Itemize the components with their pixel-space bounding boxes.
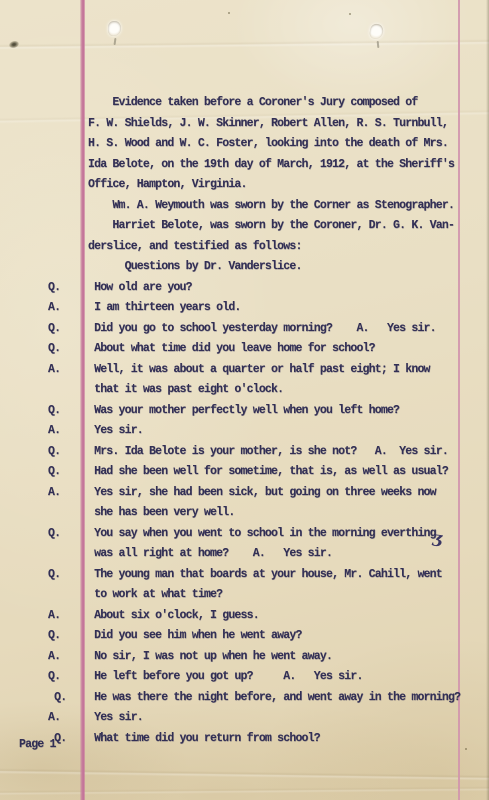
transcript-body: Evidence taken before a Coroner's Jury c… (0, 93, 489, 749)
line-text: Yes sir. (88, 710, 143, 725)
transcript-line: Q. The young man that boards at your hou… (0, 565, 489, 586)
line-text: The young man that boards at your house,… (88, 567, 442, 582)
qa-marker: Q. (48, 669, 60, 684)
line-text: derslice, and testified as follows: (88, 239, 302, 254)
line-text: You say when you went to school in the m… (88, 526, 436, 541)
transcript-line: H. S. Wood and W. C. Foster, looking int… (0, 134, 489, 155)
transcript-line: that it was past eight o'clock. (0, 380, 489, 401)
line-text: No sir, I was not up when he went away. (88, 649, 332, 664)
line-text: H. S. Wood and W. C. Foster, looking int… (88, 136, 448, 151)
line-text: Harriet Belote, was sworn by the Coroner… (88, 218, 454, 233)
qa-marker: A. (48, 423, 60, 438)
qa-marker: A. (48, 485, 60, 500)
transcript-line: Office, Hampton, Virginia. (0, 175, 489, 196)
qa-marker: A. (48, 362, 60, 377)
paper-speck (349, 13, 351, 15)
line-text: About six o'clock, I guess. (88, 608, 259, 623)
transcript-line: Q. Mrs. Ida Belote is your mother, is sh… (0, 442, 489, 463)
line-text: Did you see him when he went away? (88, 628, 302, 643)
line-text: that it was past eight o'clock. (88, 382, 283, 397)
transcript-line: derslice, and testified as follows: (0, 237, 489, 258)
transcript-line: A. I am thirteen years old. (0, 298, 489, 319)
qa-marker: A. (48, 300, 60, 315)
paper-crease (0, 35, 489, 52)
punch-hole-mark (377, 41, 380, 48)
transcript-line: Questions by Dr. Vanderslice. (0, 257, 489, 278)
line-text: Yes sir. (88, 423, 143, 438)
ink-smudge (8, 40, 19, 49)
line-text: Was your mother perfectly well when you … (88, 403, 399, 418)
punch-hole-mark (114, 38, 117, 45)
line-text: Had she been well for sometime, that is,… (88, 464, 448, 479)
line-text: Well, it was about a quarter or half pas… (88, 362, 430, 377)
transcript-line: A. About six o'clock, I guess. (0, 606, 489, 627)
page-number: Page 1 (19, 738, 56, 751)
punch-hole-right (369, 23, 384, 40)
document-page: Evidence taken before a Coroner's Jury c… (0, 0, 489, 800)
qa-marker: A. (48, 608, 60, 623)
transcript-line: Q. What time did you return from school? (0, 729, 489, 750)
transcript-line: Wm. A. Weymouth was sworn by the Corner … (0, 196, 489, 217)
qa-marker: Q. (48, 526, 60, 541)
line-text: Questions by Dr. Vanderslice. (88, 259, 302, 274)
line-text: Wm. A. Weymouth was sworn by the Corner … (88, 198, 454, 213)
line-text: Yes sir, she had been sick, but going on… (88, 485, 436, 500)
line-text: to work at what time? (88, 587, 222, 602)
punch-hole-left (108, 21, 121, 36)
qa-marker: Q. (48, 567, 60, 582)
transcript-line: Q. Was your mother perfectly well when y… (0, 401, 489, 422)
qa-marker: Q. (48, 444, 60, 459)
qa-marker: Q. (48, 280, 60, 295)
transcript-line: Harriet Belote, was sworn by the Coroner… (0, 216, 489, 237)
qa-marker: Q. (48, 690, 66, 705)
transcript-line: Q. About what time did you leave home fo… (0, 339, 489, 360)
transcript-line: Q. Did you see him when he went away? (0, 626, 489, 647)
transcript-line: F. W. Shields, J. W. Skinner, Robert All… (0, 114, 489, 135)
qa-marker: A. (48, 649, 60, 664)
line-text: Office, Hampton, Virginia. (88, 177, 247, 192)
transcript-line: A. Yes sir. (0, 421, 489, 442)
line-text: Did you go to school yesterday morning? … (88, 321, 436, 336)
line-text: she has been very well. (88, 505, 234, 520)
line-text: I am thirteen years old. (88, 300, 241, 315)
line-text: How old are you? (88, 280, 192, 295)
qa-marker: Q. (48, 341, 60, 356)
line-text: was all right at home? A. Yes sir. (88, 546, 332, 561)
transcript-line: Evidence taken before a Coroner's Jury c… (0, 93, 489, 114)
qa-marker: A. (48, 710, 60, 725)
transcript-line: A. Well, it was about a quarter or half … (0, 360, 489, 381)
qa-marker: Q. (48, 464, 60, 479)
qa-marker: Q. (48, 403, 60, 418)
transcript-line: Q. He left before you got up? A. Yes sir… (0, 667, 489, 688)
paper-crease (0, 764, 489, 783)
transcript-line: Q. Did you go to school yesterday mornin… (0, 319, 489, 340)
transcript-line: she has been very well. (0, 503, 489, 524)
transcript-line: Q. Had she been well for sometime, that … (0, 462, 489, 483)
transcript-line: A. Yes sir. (0, 708, 489, 729)
line-text: Ida Belote, on the 19th day of March, 19… (88, 157, 454, 172)
transcript-line: A. Yes sir, she had been sick, but going… (0, 483, 489, 504)
qa-marker: Q. (48, 628, 60, 643)
transcript-line: to work at what time? (0, 585, 489, 606)
line-text: He left before you got up? A. Yes sir. (88, 669, 363, 684)
transcript-line: A. No sir, I was not up when he went awa… (0, 647, 489, 668)
transcript-line: Ida Belote, on the 19th day of March, 19… (0, 155, 489, 176)
paper-crease (0, 782, 489, 798)
line-text: What time did you return from school? (88, 731, 320, 746)
line-text: About what time did you leave home for s… (88, 341, 375, 356)
transcript-line: Q. You say when you went to school in th… (0, 524, 489, 545)
line-text: Evidence taken before a Coroner's Jury c… (88, 95, 417, 110)
line-text: He was there the night before, and went … (88, 690, 460, 705)
line-text: F. W. Shields, J. W. Skinner, Robert All… (88, 116, 448, 131)
transcript-line: Q. How old are you? (0, 278, 489, 299)
paper-speck (228, 12, 230, 14)
transcript-line: Q. He was there the night before, and we… (0, 688, 489, 709)
qa-marker: Q. (48, 321, 60, 336)
transcript-line: was all right at home? A. Yes sir. (0, 544, 489, 565)
line-text: Mrs. Ida Belote is your mother, is she n… (88, 444, 448, 459)
